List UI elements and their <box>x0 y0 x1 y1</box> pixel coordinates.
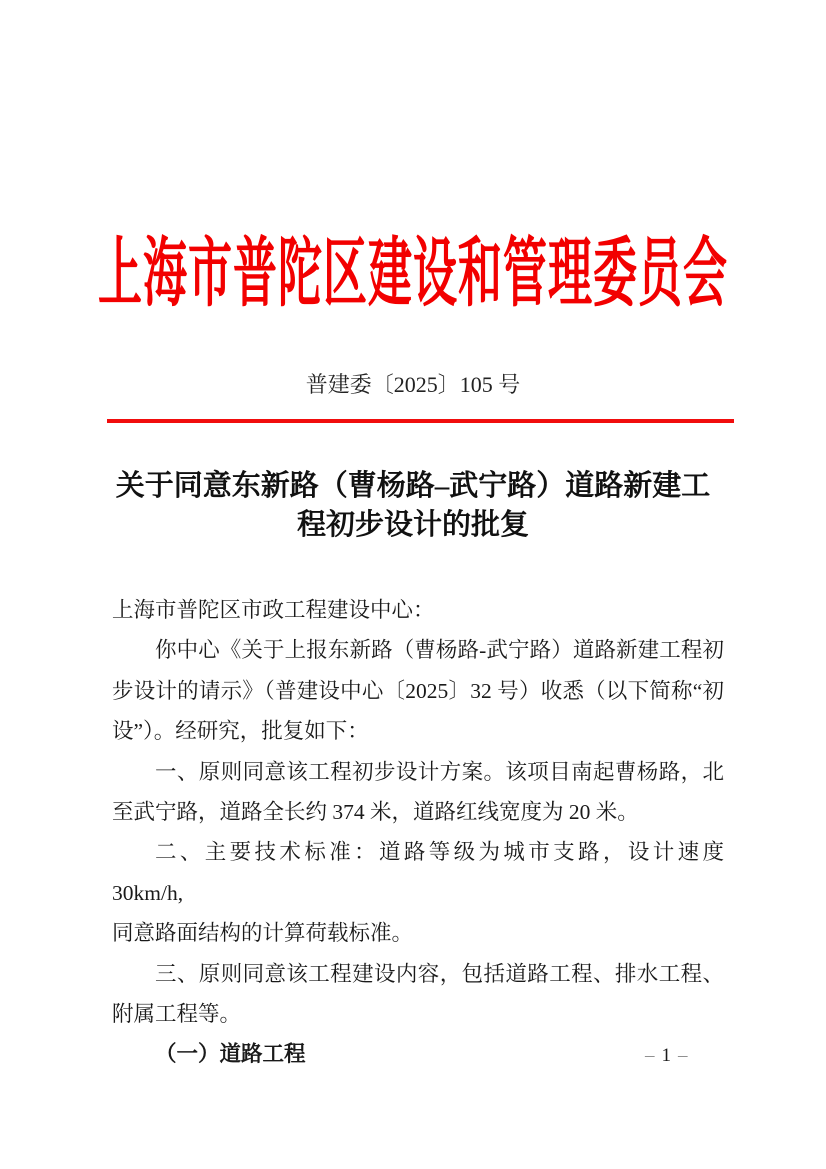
page-number-value: 1 <box>662 1045 672 1066</box>
body-line: 同意路面结构的计算荷载标准。 <box>112 913 724 953</box>
letterhead: 上海市普陀区建设和管理委员会 <box>0 252 826 298</box>
red-separator-line <box>107 419 734 423</box>
body-line-item-1: 一、原则同意该工程初步设计方案。该项目南起曹杨路，北 <box>112 752 724 792</box>
body-line-item-2: 二、主要技术标准：道路等级为城市支路，设计速度 30km/h, <box>112 832 724 913</box>
doc-title-line1: 关于同意东新路（曹杨路–武宁路）道路新建工 <box>99 467 727 506</box>
page-number-dash-left: – <box>645 1045 655 1066</box>
org-name: 上海市普陀区建设和管理委员会 <box>98 235 728 314</box>
doc-title-line2: 程初步设计的批复 <box>99 506 727 545</box>
document-page: 上海市普陀区建设和管理委员会 普建委〔2025〕105 号 关于同意东新路（曹杨… <box>0 0 826 1169</box>
body-line: 步设计的请示》（普建设中心〔2025〕32 号）收悉（以下简称“初 <box>112 671 724 711</box>
page-number: –1– <box>645 1045 688 1067</box>
body-line: 附属工程等。 <box>112 994 724 1034</box>
body-line: 你中心《关于上报东新路（曹杨路-武宁路）道路新建工程初 <box>112 630 724 670</box>
doc-number: 普建委〔2025〕105 号 <box>0 372 826 398</box>
salutation-line: 上海市普陀区市政工程建设中心： <box>112 590 724 630</box>
body-line: 设”）。经研究，批复如下： <box>112 711 724 751</box>
body-line: 至武宁路，道路全长约 374 米，道路红线宽度为 20 米。 <box>112 792 724 832</box>
doc-body: 上海市普陀区市政工程建设中心： 你中心《关于上报东新路（曹杨路-武宁路）道路新建… <box>112 590 724 1075</box>
page-number-dash-right: – <box>678 1045 688 1066</box>
body-line-item-3: 三、原则同意该工程建设内容，包括道路工程、排水工程、 <box>112 954 724 994</box>
section-heading-road-works: （一）道路工程 <box>112 1034 724 1074</box>
doc-title: 关于同意东新路（曹杨路–武宁路）道路新建工 程初步设计的批复 <box>99 467 727 545</box>
